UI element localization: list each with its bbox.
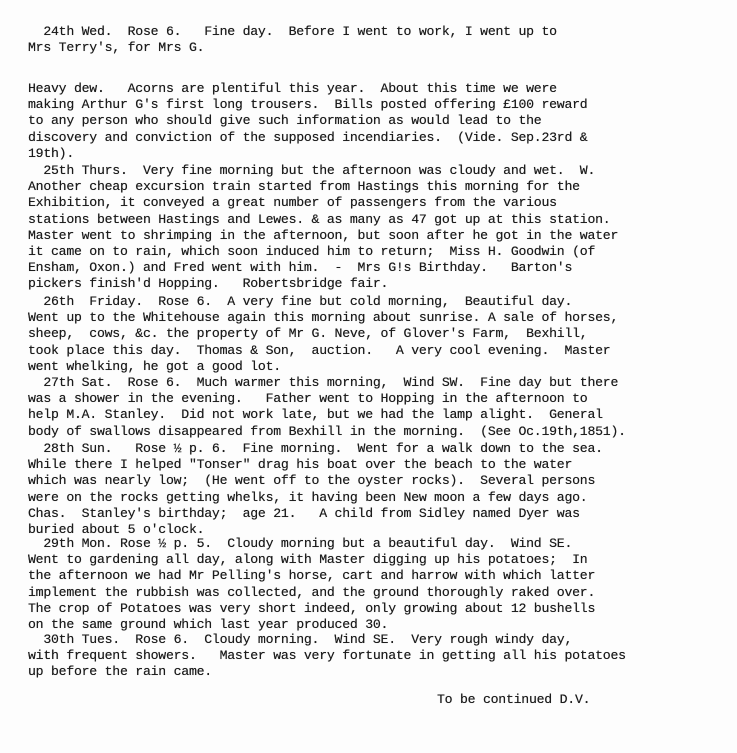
entry-line: which was nearly low; (He went off to th…	[28, 473, 595, 489]
entry-line: Went up to the Whitehouse again this mor…	[28, 310, 618, 326]
entry-line: with frequent showers. Master was very f…	[28, 648, 626, 664]
entry-line: took place this day. Thomas & Son, aucti…	[28, 343, 610, 359]
entry-line: Mrs Terry's, for Mrs G.	[28, 40, 204, 56]
entry-line: 30th Tues. Rose 6. Cloudy morning. Wind …	[28, 632, 572, 648]
entry-line: implement the rubbish was collected, and…	[28, 585, 595, 601]
entry-line: 28th Sun. Rose ½ p. 6. Fine morning. Wen…	[28, 441, 603, 457]
entry-line: was a shower in the evening. Father went…	[28, 391, 587, 407]
entry-line: on the same ground which last year produ…	[28, 617, 388, 633]
entry-line: 19th).	[28, 146, 74, 162]
entry-line: 26th Friday. Rose 6. A very fine but col…	[28, 294, 572, 310]
entry-line: help M.A. Stanley. Did not work late, bu…	[28, 407, 603, 423]
entry-line: The crop of Potatoes was very short inde…	[28, 601, 595, 617]
entry-line: discovery and conviction of the supposed…	[28, 130, 587, 146]
entry-line: 27th Sat. Rose 6. Much warmer this morni…	[28, 375, 618, 391]
entry-line: Exhibition, it conveyed a great number o…	[28, 195, 557, 211]
closing-note: To be continued D.V.	[437, 692, 590, 708]
entry-line: While there I helped "Tonser" drag his b…	[28, 457, 572, 473]
entry-line: were on the rocks getting whelks, it hav…	[28, 490, 587, 506]
entry-line: Ensham, Oxon.) and Fred went with him. -…	[28, 260, 572, 276]
entry-line: went whelking, he got a good lot.	[28, 359, 281, 375]
entry-line: the afternoon we had Mr Pelling's horse,…	[28, 568, 595, 584]
entry-line: 24th Wed. Rose 6. Fine day. Before I wen…	[28, 24, 557, 40]
entry-line: making Arthur G's first long trousers. B…	[28, 97, 587, 113]
entry-line: stations between Hastings and Lewes. & a…	[28, 212, 610, 228]
entry-line: Went to gardening all day, along with Ma…	[28, 552, 587, 568]
entry-line: body of swallows disappeared from Bexhil…	[28, 424, 626, 440]
typewritten-diary-page: To be continued D.V. 24th Wed. Rose 6. F…	[0, 0, 737, 753]
entry-line: pickers finish'd Hopping. Robertsbridge …	[28, 276, 388, 292]
entry-line: Another cheap excursion train started fr…	[28, 179, 580, 195]
entry-line: sheep, cows, &c. the property of Mr G. N…	[28, 326, 587, 342]
entry-line: it came on to rain, which soon induced h…	[28, 244, 595, 260]
entry-line: Chas. Stanley's birthday; age 21. A chil…	[28, 506, 580, 522]
entry-line: up before the rain came.	[28, 664, 212, 680]
entry-line: 25th Thurs. Very fine morning but the af…	[28, 163, 595, 179]
entry-line: 29th Mon. Rose ½ p. 5. Cloudy morning bu…	[28, 536, 572, 552]
entry-line: Heavy dew. Acorns are plentiful this yea…	[28, 81, 557, 97]
entry-line: Master went to shrimping in the afternoo…	[28, 228, 618, 244]
entry-line: to any person who should give such infor…	[28, 113, 541, 129]
